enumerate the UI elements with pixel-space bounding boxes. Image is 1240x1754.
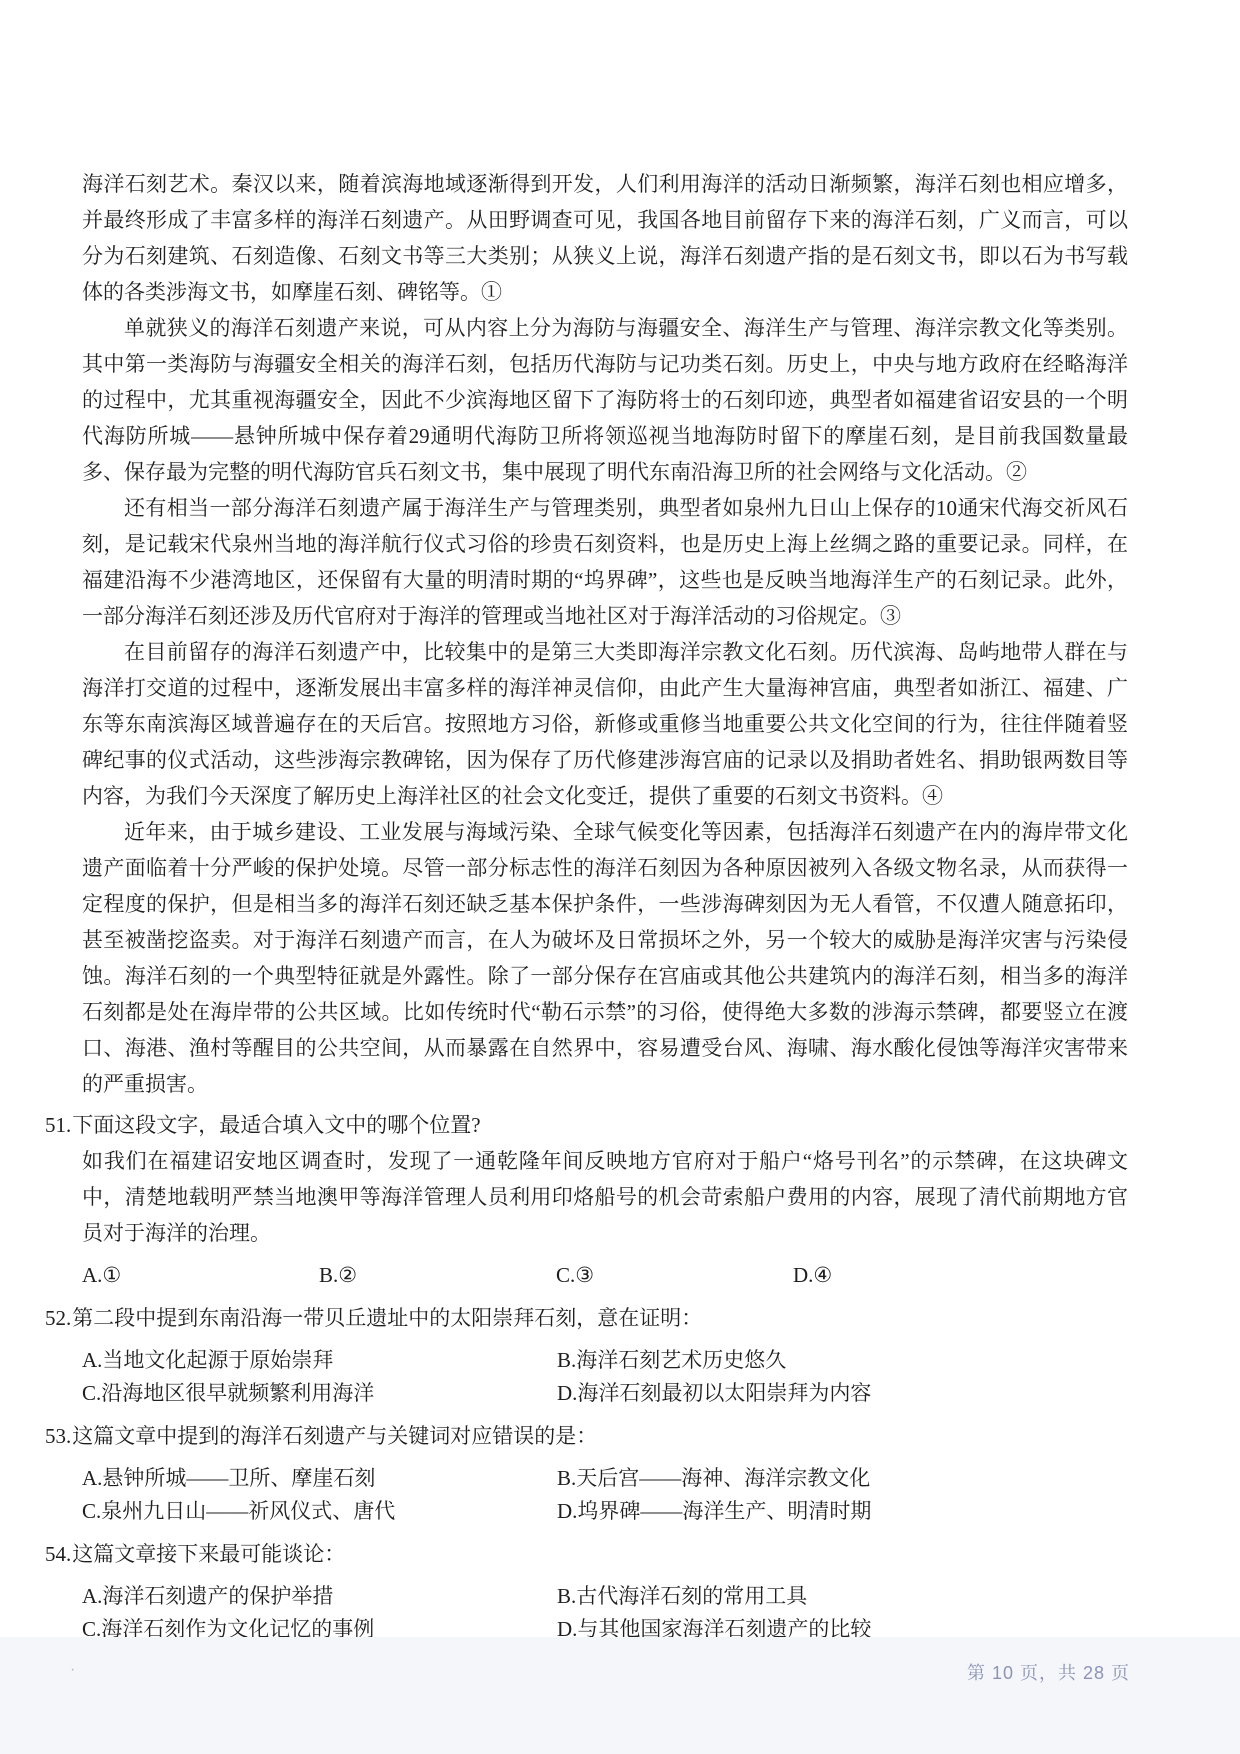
passage-paragraph: 还有相当一部分海洋石刻遗产属于海洋生产与管理类别，典型者如泉州九日山上保存的10… <box>82 490 1128 634</box>
option-d: D.海洋石刻最初以太阳崇拜为内容 <box>557 1377 871 1410</box>
option-text: 古代海洋石刻的常用工具 <box>576 1584 807 1608</box>
option-label: D. <box>793 1263 813 1287</box>
option-d: D.④ <box>793 1259 832 1292</box>
option-label: D. <box>557 1499 577 1523</box>
options-group: A.悬钟所城——卫所、摩崖石刻B.天后宫——海神、海洋宗教文化 C.泉州九日山—… <box>82 1462 1128 1528</box>
question-53: 53.这篇文章中提到的海洋石刻遗产与关键词对应错误的是： A.悬钟所城——卫所、… <box>82 1418 1128 1528</box>
option-text: 海洋石刻最初以太阳崇拜为内容 <box>577 1381 871 1405</box>
page-indicator: 第 10 页，共 28 页 <box>967 1659 1130 1685</box>
option-label: A. <box>82 1584 102 1608</box>
option-b: B.② <box>319 1259 556 1292</box>
option-c: C.沿海地区很早就频繁利用海洋 <box>82 1377 557 1410</box>
question-quote-paragraph: 如我们在福建诏安地区调查时，发现了一通乾隆年间反映地方官府对于船户“烙号刊名”的… <box>82 1143 1128 1251</box>
question-number: 51. <box>45 1113 71 1137</box>
question-stem-text: 下面这段文字，最适合填入文中的哪个位置? <box>72 1113 480 1137</box>
question-number: 54. <box>45 1542 71 1566</box>
question-stem: 54.这篇文章接下来最可能谈论： <box>45 1536 1128 1572</box>
options-group: A.①B.②C.③D.④ <box>82 1259 1128 1292</box>
question-51: 51.下面这段文字，最适合填入文中的哪个位置? 如我们在福建诏安地区调查时，发现… <box>82 1107 1128 1292</box>
exam-page: 海洋石刻艺术。秦汉以来，随着滨海地域逐渐得到开发，人们利用海洋的活动日渐频繁，海… <box>0 0 1240 1754</box>
option-text: ④ <box>813 1263 832 1287</box>
option-d: D.坞界碑——海洋生产、明清时期 <box>557 1495 871 1528</box>
option-label: C. <box>556 1263 575 1287</box>
question-number: 52. <box>45 1306 71 1330</box>
option-a: A.当地文化起源于原始崇拜 <box>82 1344 557 1377</box>
option-b: B.海洋石刻艺术历史悠久 <box>557 1344 786 1377</box>
option-label: A. <box>82 1466 102 1490</box>
options-row: A.悬钟所城——卫所、摩崖石刻B.天后宫——海神、海洋宗教文化 <box>82 1462 1128 1495</box>
question-stem: 53.这篇文章中提到的海洋石刻遗产与关键词对应错误的是： <box>45 1418 1128 1454</box>
question-number: 53. <box>45 1424 71 1448</box>
option-c: C.泉州九日山——祈风仪式、唐代 <box>82 1495 557 1528</box>
question-stem-text: 这篇文章接下来最可能谈论： <box>72 1542 345 1566</box>
options-row: A.①B.②C.③D.④ <box>82 1259 1128 1292</box>
options-group: A.当地文化起源于原始崇拜B.海洋石刻艺术历史悠久 C.沿海地区很早就频繁利用海… <box>82 1344 1128 1410</box>
footer: · 第 10 页，共 28 页 <box>0 1637 1240 1754</box>
option-text: 天后宫——海神、海洋宗教文化 <box>576 1466 870 1490</box>
passage-and-questions: 海洋石刻艺术。秦汉以来，随着滨海地域逐渐得到开发，人们利用海洋的活动日渐频繁，海… <box>82 166 1128 1654</box>
question-stem: 51.下面这段文字，最适合填入文中的哪个位置? <box>45 1107 1128 1143</box>
passage-paragraph: 海洋石刻艺术。秦汉以来，随着滨海地域逐渐得到开发，人们利用海洋的活动日渐频繁，海… <box>82 166 1128 310</box>
passage-paragraph: 单就狭义的海洋石刻遗产来说，可从内容上分为海防与海疆安全、海洋生产与管理、海洋宗… <box>82 310 1128 490</box>
option-text: 悬钟所城——卫所、摩崖石刻 <box>102 1466 375 1490</box>
option-a: A.海洋石刻遗产的保护举措 <box>82 1580 557 1613</box>
option-label: C. <box>82 1499 101 1523</box>
option-text: 沿海地区很早就频繁利用海洋 <box>101 1381 374 1405</box>
option-label: B. <box>319 1263 338 1287</box>
option-text: 坞界碑——海洋生产、明清时期 <box>577 1499 871 1523</box>
option-label: A. <box>82 1348 102 1372</box>
option-c: C.③ <box>556 1259 793 1292</box>
question-stem: 52.第二段中提到东南沿海一带贝丘遗址中的太阳崇拜石刻，意在证明： <box>45 1300 1128 1336</box>
question-stem-text: 这篇文章中提到的海洋石刻遗产与关键词对应错误的是： <box>72 1424 597 1448</box>
passage-paragraph: 近年来，由于城乡建设、工业发展与海域污染、全球气候变化等因素，包括海洋石刻遗产在… <box>82 814 1128 1102</box>
option-text: 海洋石刻艺术历史悠久 <box>576 1348 786 1372</box>
option-label: A. <box>82 1263 102 1287</box>
footer-dot: · <box>70 1661 75 1679</box>
option-text: ③ <box>575 1263 594 1287</box>
question-52: 52.第二段中提到东南沿海一带贝丘遗址中的太阳崇拜石刻，意在证明： A.当地文化… <box>82 1300 1128 1410</box>
question-stem-text: 第二段中提到东南沿海一带贝丘遗址中的太阳崇拜石刻，意在证明： <box>72 1306 702 1330</box>
option-text: 泉州九日山——祈风仪式、唐代 <box>101 1499 395 1523</box>
option-label: B. <box>557 1348 576 1372</box>
option-text: ① <box>102 1263 121 1287</box>
option-a: A.悬钟所城——卫所、摩崖石刻 <box>82 1462 557 1495</box>
option-a: A.① <box>82 1259 319 1292</box>
passage-paragraph: 在目前留存的海洋石刻遗产中，比较集中的是第三大类即海洋宗教文化石刻。历代滨海、岛… <box>82 634 1128 814</box>
option-b: B.古代海洋石刻的常用工具 <box>557 1580 807 1613</box>
option-label: C. <box>82 1381 101 1405</box>
options-row: A.当地文化起源于原始崇拜B.海洋石刻艺术历史悠久 <box>82 1344 1128 1377</box>
option-b: B.天后宫——海神、海洋宗教文化 <box>557 1462 870 1495</box>
options-row: A.海洋石刻遗产的保护举措B.古代海洋石刻的常用工具 <box>82 1580 1128 1613</box>
option-text: ② <box>338 1263 357 1287</box>
option-label: D. <box>557 1381 577 1405</box>
option-label: B. <box>557 1466 576 1490</box>
options-row: C.沿海地区很早就频繁利用海洋D.海洋石刻最初以太阳崇拜为内容 <box>82 1377 1128 1410</box>
option-text: 当地文化起源于原始崇拜 <box>102 1348 333 1372</box>
options-row: C.泉州九日山——祈风仪式、唐代D.坞界碑——海洋生产、明清时期 <box>82 1495 1128 1528</box>
option-label: B. <box>557 1584 576 1608</box>
option-text: 海洋石刻遗产的保护举措 <box>102 1584 333 1608</box>
question-54: 54.这篇文章接下来最可能谈论： A.海洋石刻遗产的保护举措B.古代海洋石刻的常… <box>82 1536 1128 1646</box>
